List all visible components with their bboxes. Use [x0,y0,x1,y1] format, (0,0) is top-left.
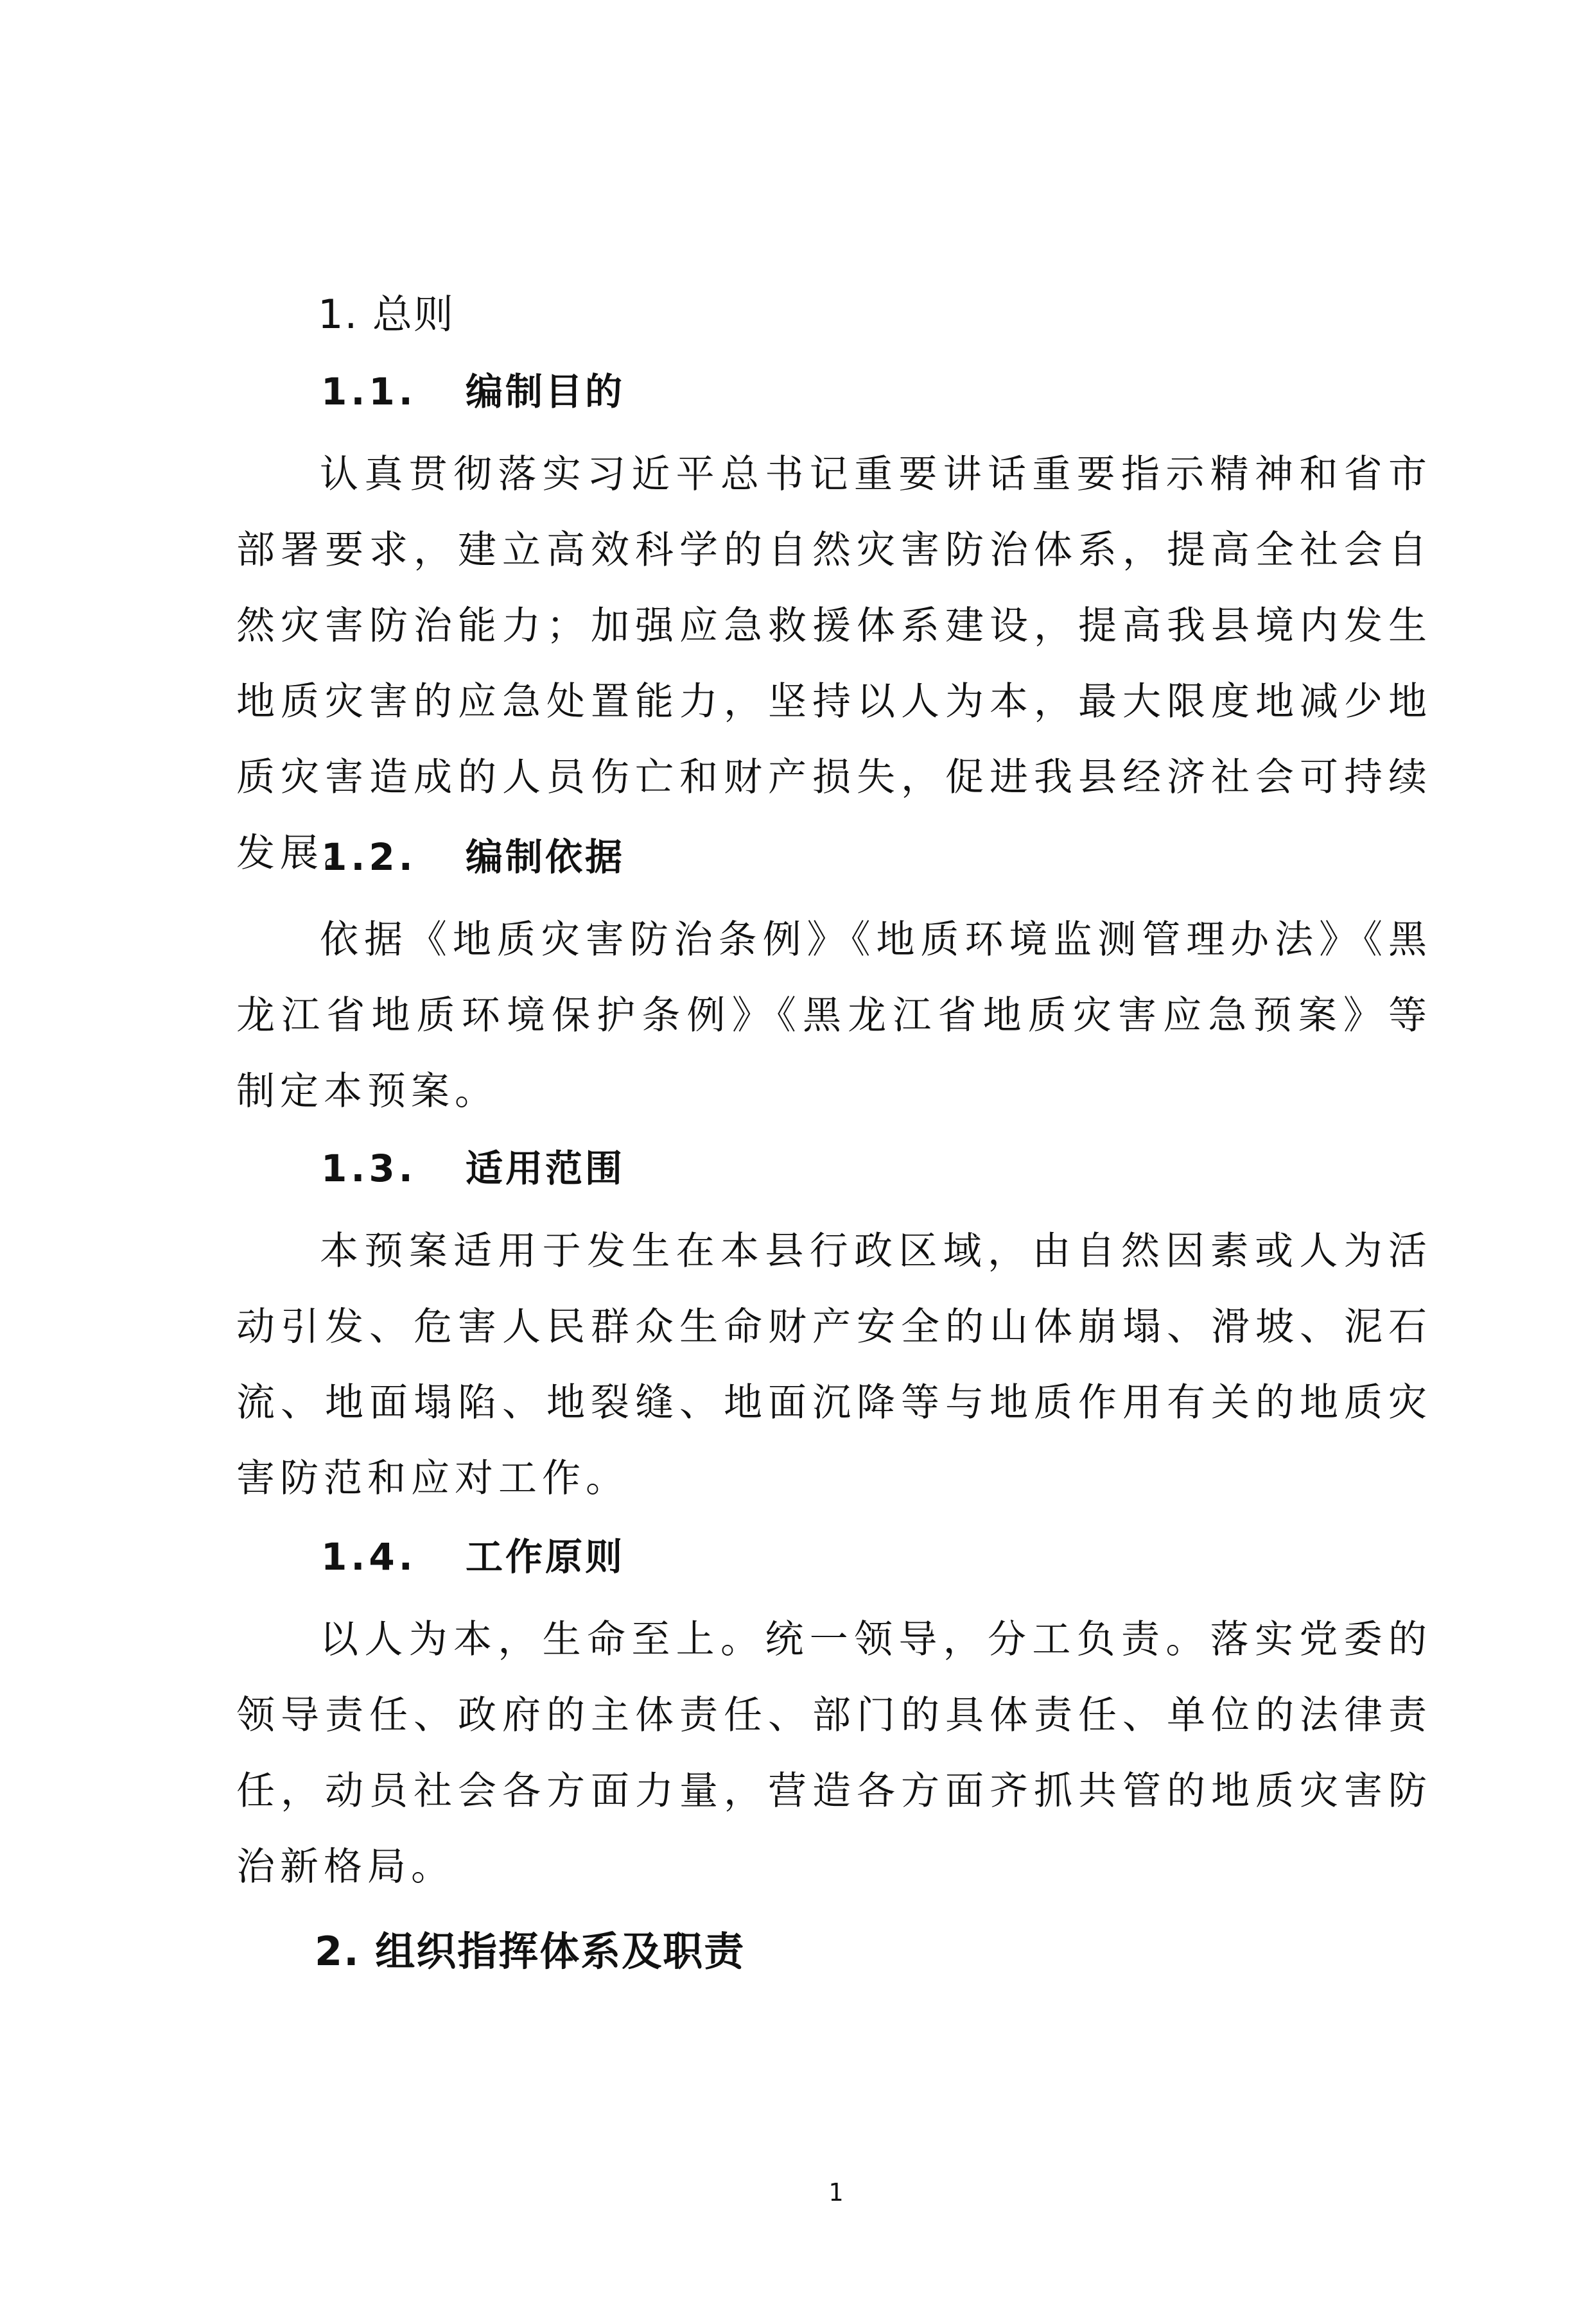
subsection-title: 编制目的 [466,370,625,413]
subsection-number: 1.3. [321,1143,466,1194]
subsection-heading: 1.1.编制目的 [321,366,625,417]
section-title: 总则 [372,291,455,338]
subsection-number: 1.1. [321,366,466,417]
subsection-number: 1.2. [321,831,466,883]
paragraph: 认真贯彻落实习近平总书记重要讲话重要指示精神和省市部署要求，建立高效科学的自然灾… [236,437,1432,891]
section-number: 1. [318,291,358,338]
section-heading: 1. 总则 [318,289,455,340]
subsection-heading: 1.3.适用范围 [321,1143,625,1194]
subsection-title: 适用范围 [466,1147,625,1190]
subsection-title: 编制依据 [466,835,625,879]
paragraph: 本预案适用于发生在本县行政区域，由自然因素或人为活动引发、危害人民群众生命财产安… [236,1213,1432,1516]
paragraph: 以人为本，生命至上。统一领导，分工负责。落实党委的领导责任、政府的主体责任、部门… [236,1602,1432,1905]
subsection-heading: 1.4.工作原则 [321,1531,625,1583]
subsection-number: 1.4. [321,1531,466,1583]
subsection-title: 工作原则 [466,1535,625,1579]
page-number: 1 [828,2176,843,2208]
section-number: 2. [315,1928,360,1975]
section-heading: 2. 组织指挥体系及职责 [315,1926,745,1977]
document-page: 1. 总则 1.1.编制目的 认真贯彻落实习近平总书记重要讲话重要指示精神和省市… [0,0,1579,2324]
section-title: 组织指挥体系及职责 [375,1928,745,1975]
paragraph: 依据《地质灾害防治条例》《地质环境监测管理办法》《黑龙江省地质环境保护条例》《黑… [236,902,1432,1129]
subsection-heading: 1.2.编制依据 [321,831,625,883]
